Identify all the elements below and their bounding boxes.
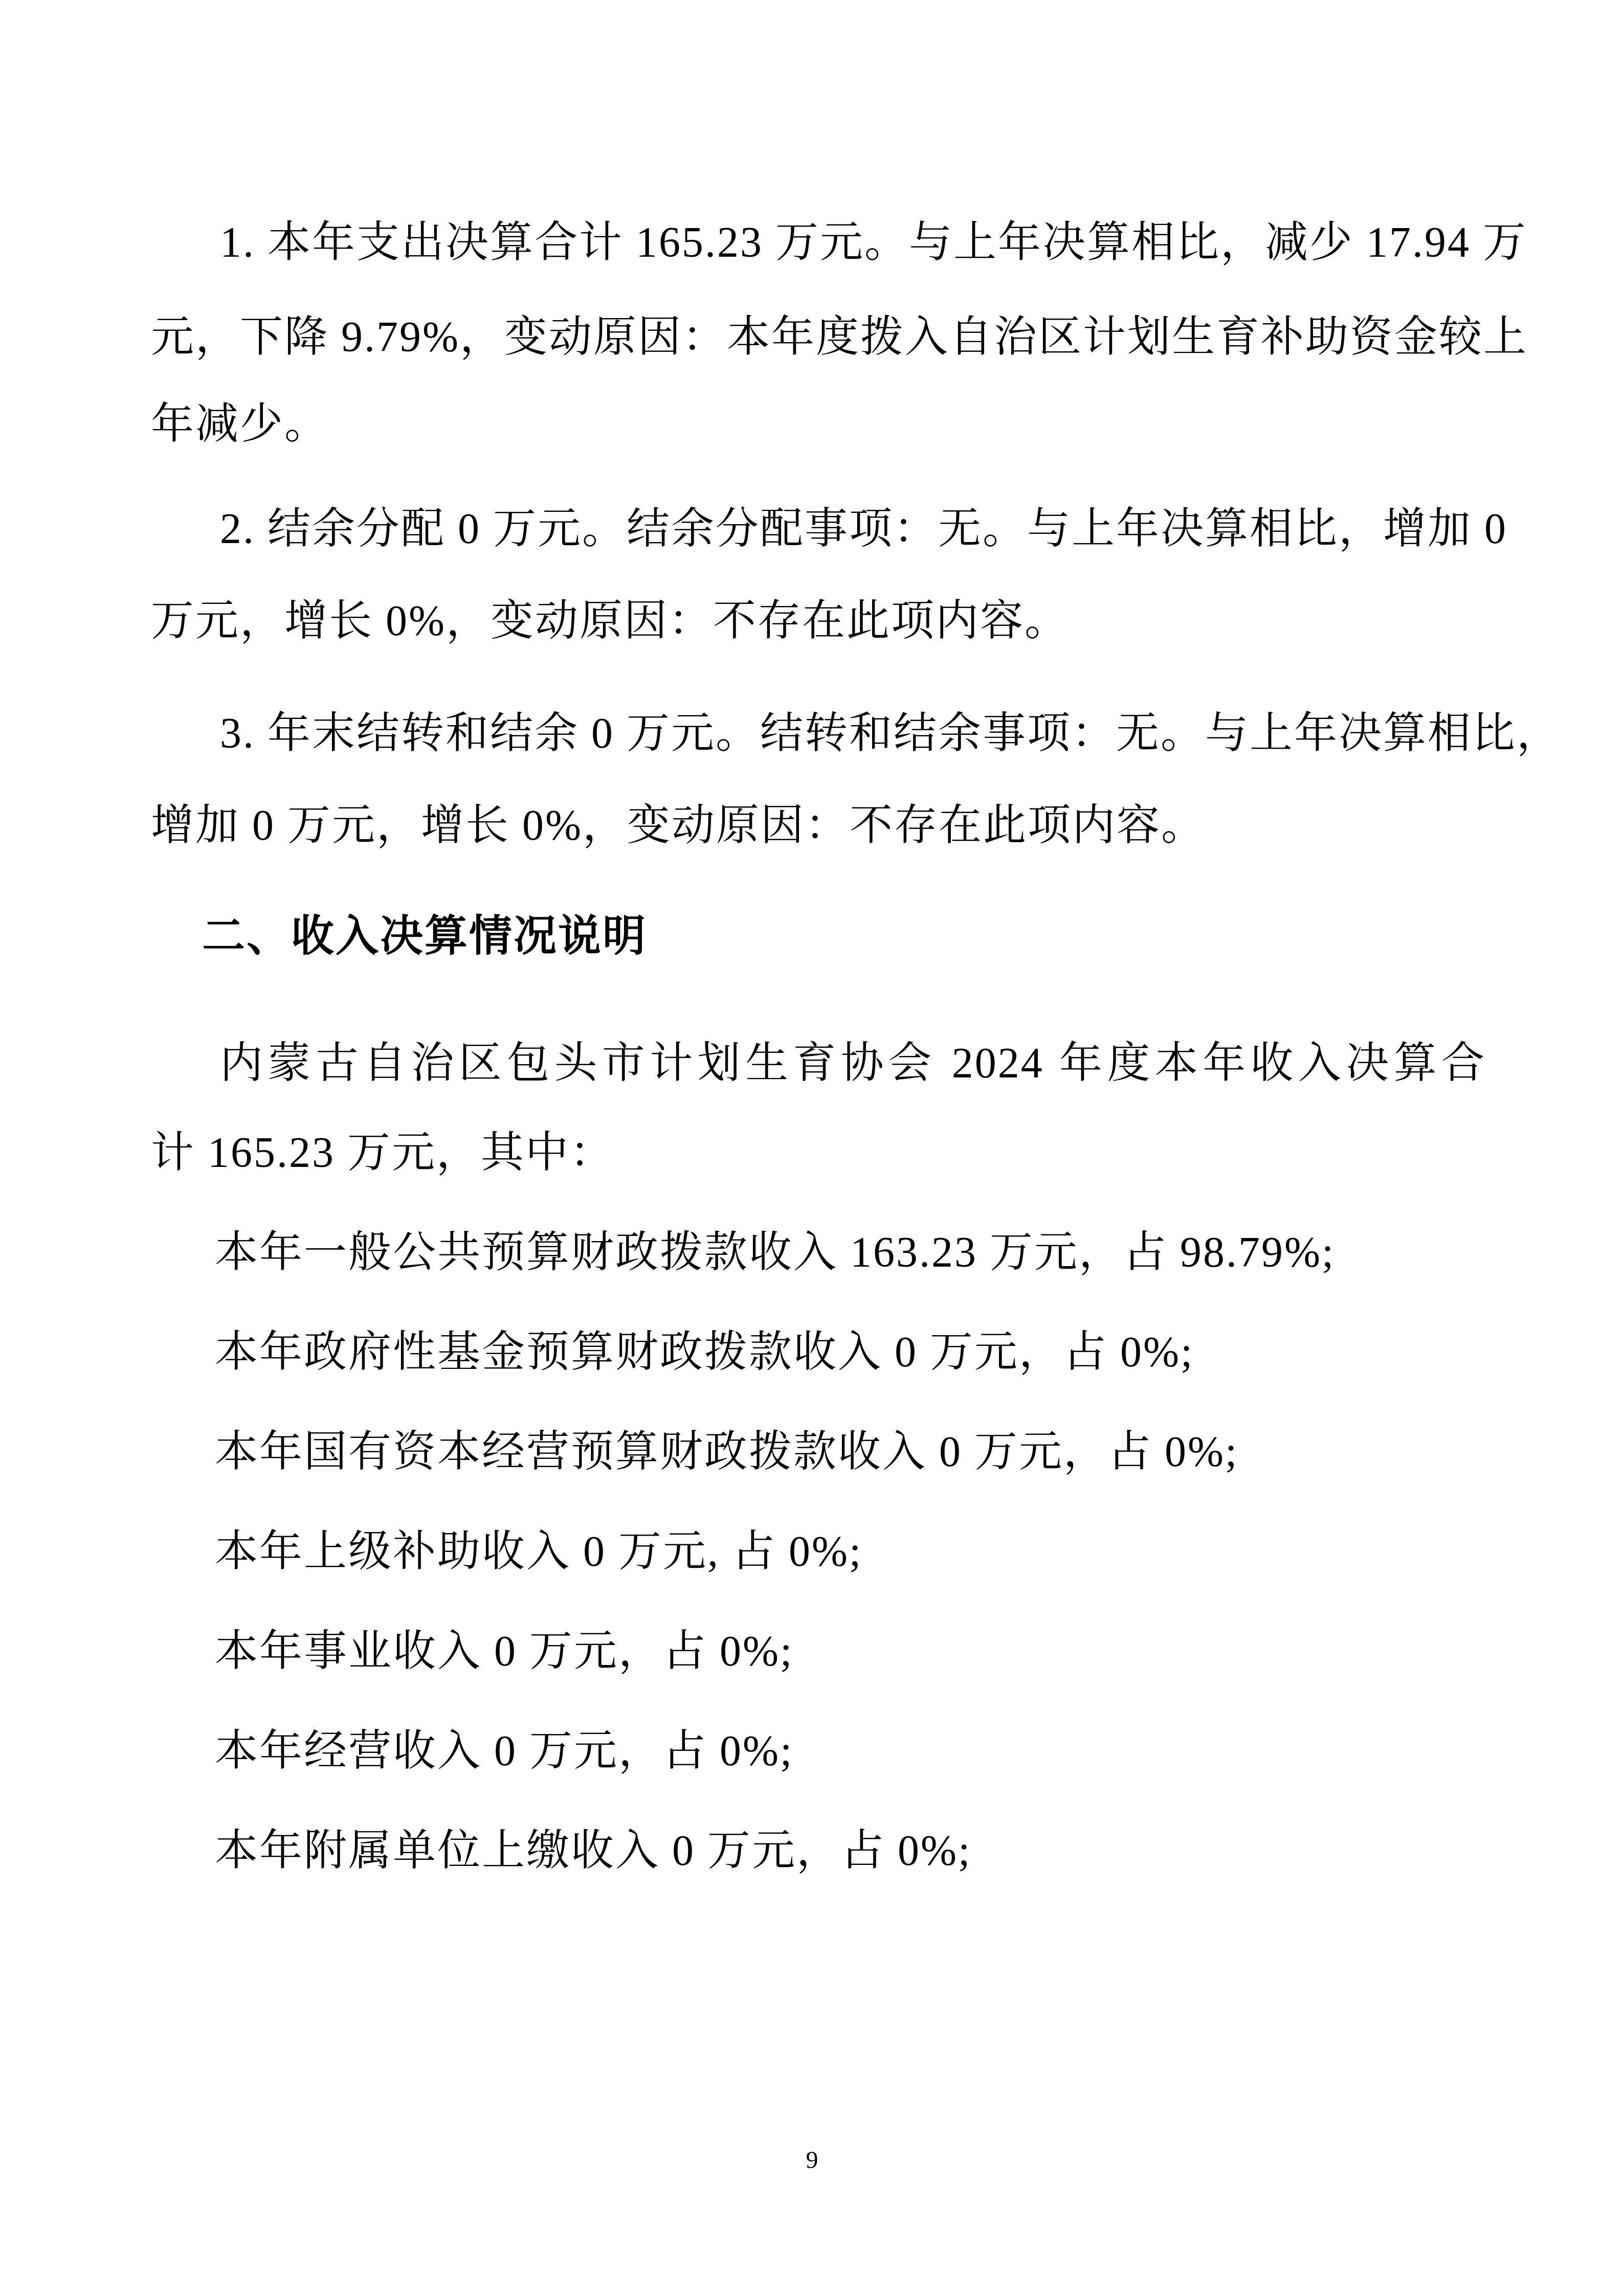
section-heading-income: 二、收入决算情况说明	[202, 910, 1537, 961]
income-item-general-public-budget: 本年一般公共预算财政拨款收入 163.23 万元，占 98.79%;	[215, 1227, 1550, 1278]
income-item-business: 本年事业收入 0 万元，占 0%;	[215, 1626, 1550, 1677]
paragraph-2-line-2: 万元，增长 0%，变动原因：不存在此项内容。	[151, 596, 1486, 647]
paragraph-3-line-1: 3. 年末结转和结余 0 万元。结转和结余事项：无。与上年决算相比，	[220, 708, 1486, 759]
paragraph-2-line-1: 2. 结余分配 0 万元。结余分配事项：无。与上年决算相比，增加 0	[220, 504, 1486, 555]
paragraph-1-line-1: 1. 本年支出决算合计 165.23 万元。与上年决算相比，减少 17.94 万	[220, 217, 1486, 268]
income-intro-line-2: 计 165.23 万元，其中：	[151, 1128, 1486, 1179]
paragraph-1-line-3: 年减少。	[151, 399, 1486, 450]
paragraph-1-line-2: 元，下降 9.79%，变动原因：本年度拨入自治区计划生育补助资金较上	[151, 312, 1486, 363]
income-item-government-fund: 本年政府性基金预算财政拨款收入 0 万元，占 0%;	[215, 1327, 1550, 1378]
income-item-superior-subsidy: 本年上级补助收入 0 万元, 占 0%;	[215, 1526, 1550, 1578]
document-page: 1. 本年支出决算合计 165.23 万元。与上年决算相比，减少 17.94 万…	[0, 0, 1624, 2296]
income-item-affiliated-units: 本年附属单位上缴收入 0 万元，占 0%;	[215, 1826, 1550, 1877]
paragraph-3-line-2: 增加 0 万元，增长 0%，变动原因：不存在此项内容。	[151, 800, 1486, 851]
income-item-operating: 本年经营收入 0 万元，占 0%;	[215, 1726, 1550, 1777]
page-number: 9	[0, 2145, 1624, 2176]
income-intro-line-1: 内蒙古自治区包头市计划生育协会 2024 年度本年收入决算合	[220, 1038, 1486, 1089]
income-item-state-capital: 本年国有资本经营预算财政拨款收入 0 万元，占 0%;	[215, 1427, 1550, 1478]
